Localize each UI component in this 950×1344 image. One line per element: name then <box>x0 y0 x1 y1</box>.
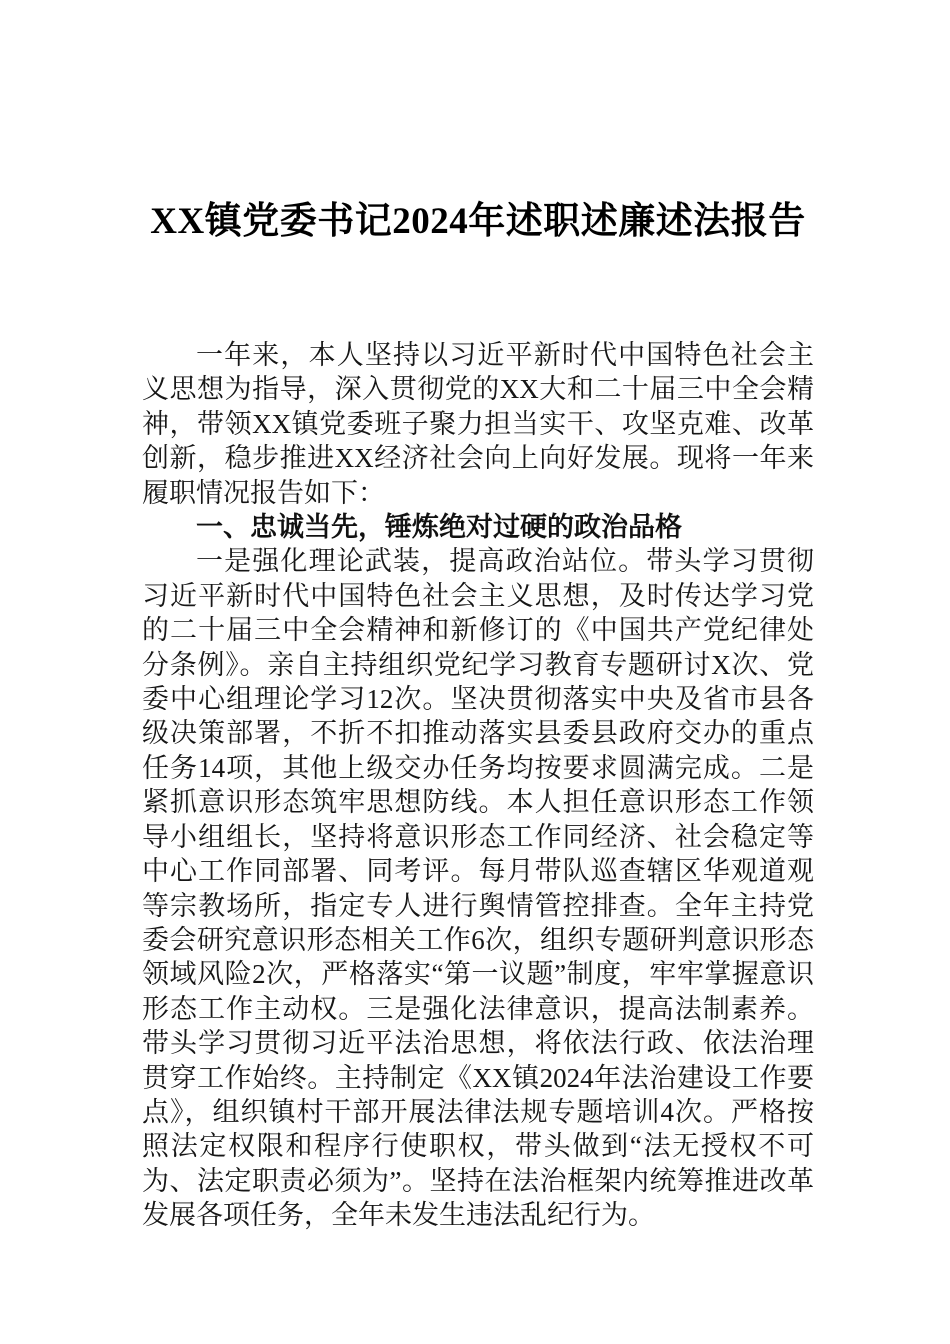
section-1-heading: 一、忠诚当先，锤炼绝对过硬的政治品格 <box>142 510 814 544</box>
document-title: XX镇党委书记2024年述职述廉述法报告 <box>142 201 814 243</box>
intro-paragraph: 一年来，本人坚持以习近平新时代中国特色社会主义思想为指导，深入贯彻党的XX大和二… <box>142 338 814 510</box>
document-page: XX镇党委书记2024年述职述廉述法报告 一年来，本人坚持以习近平新时代中国特色… <box>0 0 950 1344</box>
section-1-body-paragraph: 一是强化理论武装，提高政治站位。带头学习贯彻习近平新时代中国特色社会主义思想，及… <box>142 544 814 1232</box>
